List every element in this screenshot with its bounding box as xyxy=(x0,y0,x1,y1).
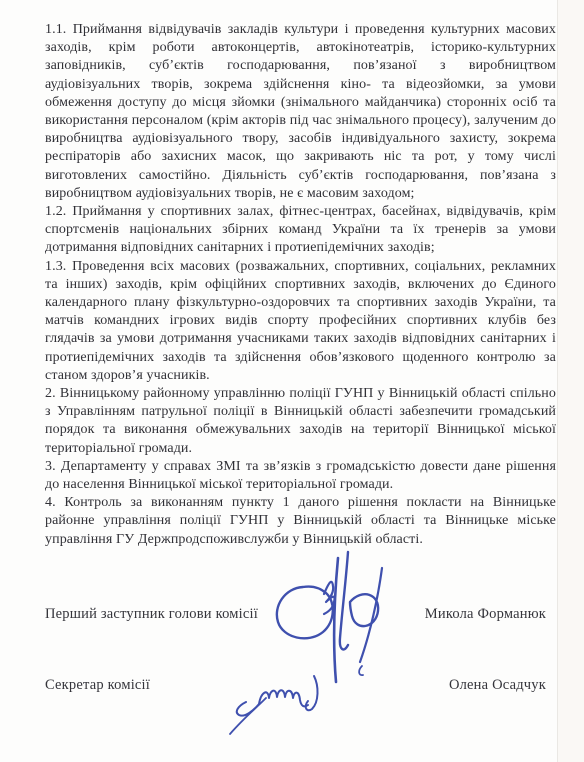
signatory-name: Олена Осадчук xyxy=(449,677,546,694)
document-body: 1.1. Приймання відвідувачів закладів кул… xyxy=(45,21,556,549)
paragraph-1-1: 1.1. Приймання відвідувачів закладів кул… xyxy=(45,21,556,203)
paragraph-4: 4. Контроль за виконанням пункту 1 даног… xyxy=(45,494,556,549)
signatory-name: Микола Форманюк xyxy=(425,606,546,623)
paragraph-1-3: 1.3. Проведення всіх масових (розважальн… xyxy=(45,258,556,385)
signature-row-first-deputy: Перший заступник голови комісії Микола Ф… xyxy=(45,606,546,623)
signatory-role: Перший заступник голови комісії xyxy=(45,606,258,623)
signature-row-secretary: Секретар комісії Олена Осадчук xyxy=(45,677,546,694)
paragraph-1-2: 1.2. Приймання у спортивних залах, фітне… xyxy=(45,203,556,258)
ink-signature-osadchuk-icon xyxy=(226,660,344,742)
scan-edge-artifact xyxy=(557,0,584,762)
document-page: 1.1. Приймання відвідувачів закладів кул… xyxy=(0,0,584,762)
paragraph-2: 2. Вінницькому районному управлінню полі… xyxy=(45,385,556,458)
signatory-role: Секретар комісії xyxy=(45,677,150,694)
paragraph-3: 3. Департаменту у справах ЗМІ та зв’язкі… xyxy=(45,458,556,494)
